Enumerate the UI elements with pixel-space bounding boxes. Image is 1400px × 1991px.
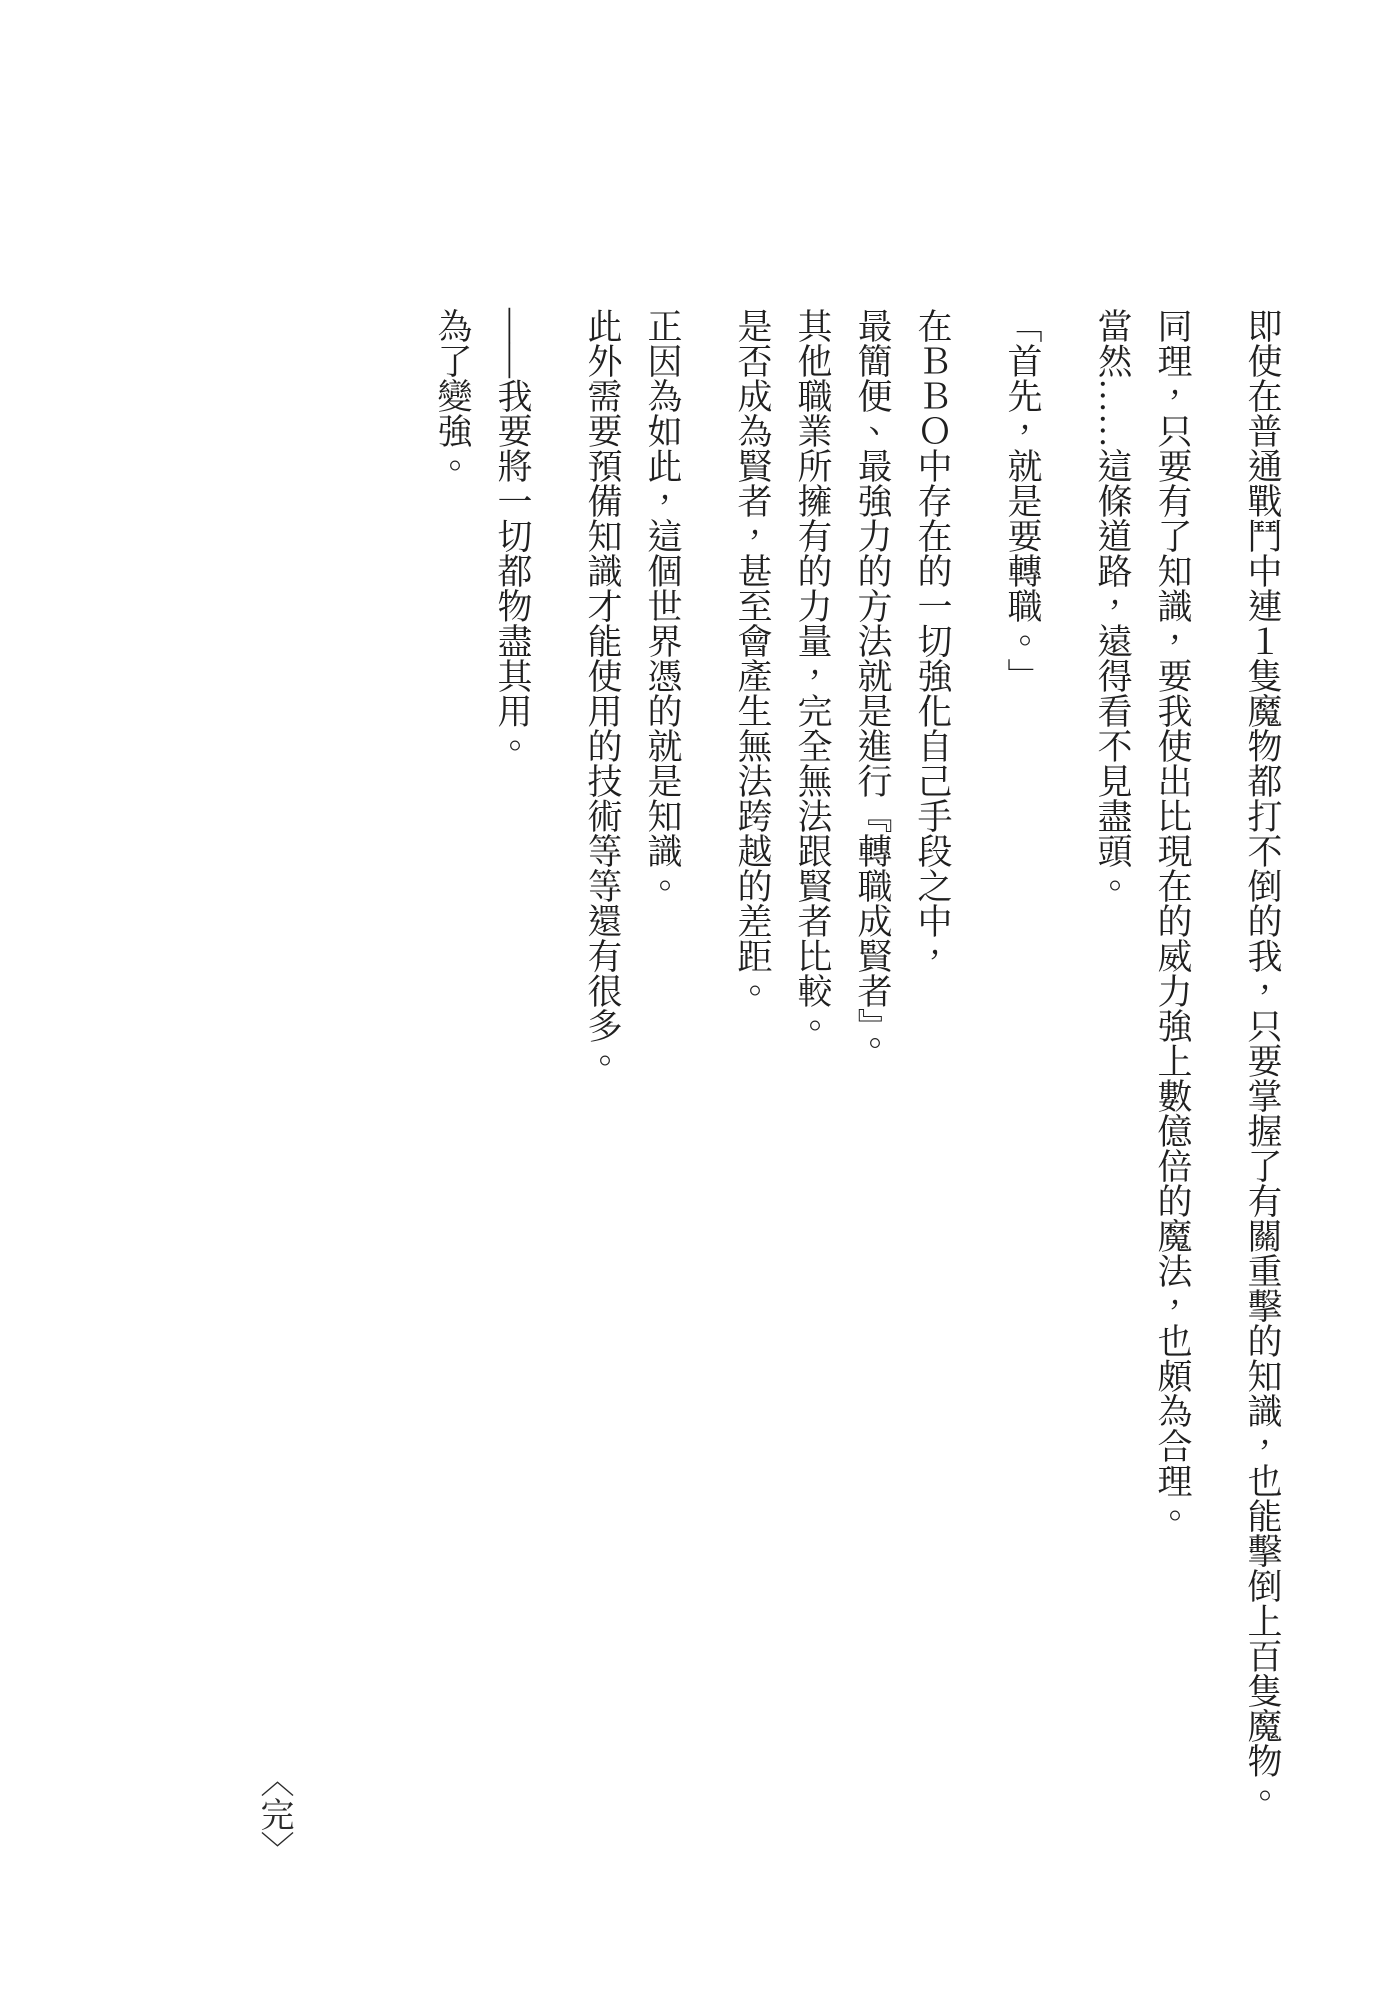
paragraph: 當然……這條道路，遠得看不見盡頭。 [1095,308,1130,1848]
paragraph-dialogue: 「首先，就是要轉職。」 [1005,308,1040,1848]
end-mark: 〈完〉 [256,1763,290,1865]
paragraph: 同理，只要有了知識，要我使出比現在的威力強上數億倍的魔法，也頗為合理。 [1155,308,1190,1848]
novel-page: 即使在普通戰鬥中連１隻魔物都打不倒的我，只要掌握了有關重擊的知識，也能擊倒上百隻… [0,0,1400,1991]
paragraph-monologue: ——我要將一切都物盡其用。 [495,308,530,1848]
paragraph: 在ＢＢＯ中存在的一切強化自己手段之中， [915,308,950,1848]
paragraph: 最簡便、最強力的方法就是進行『轉職成賢者』。 [855,308,890,1848]
paragraph: 正因為如此，這個世界憑的就是知識。 [645,308,680,1848]
paragraph: 此外需要預備知識才能使用的技術等等還有很多。 [585,308,620,1848]
paragraph: 即使在普通戰鬥中連１隻魔物都打不倒的我，只要掌握了有關重擊的知識，也能擊倒上百隻… [1245,308,1280,1848]
paragraph: 為了變強。 [435,308,470,1848]
paragraph: 其他職業所擁有的力量，完全無法跟賢者比較。 [795,308,830,1848]
paragraph: 是否成為賢者，甚至會產生無法跨越的差距。 [735,308,770,1848]
vertical-text-block: 即使在普通戰鬥中連１隻魔物都打不倒的我，只要掌握了有關重擊的知識，也能擊倒上百隻… [410,308,1280,1848]
